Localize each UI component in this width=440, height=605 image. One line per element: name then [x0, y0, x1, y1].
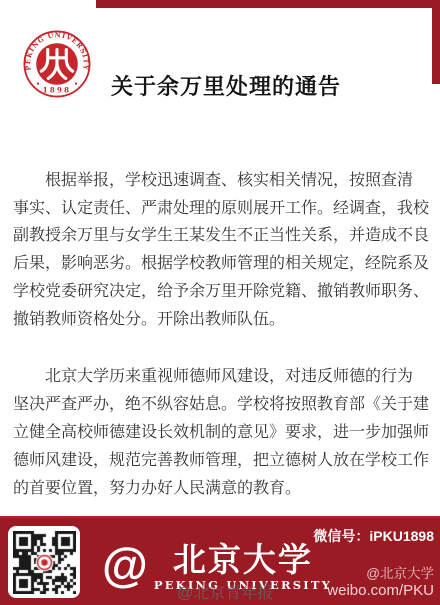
- notice-paragraph-2: 北京大学历来重视师德师风建设，对违反师德的行为 坚决严查严办，绝不纵容姑息。学校…: [13, 363, 435, 502]
- brand-name-cn: 北京大学: [173, 543, 313, 577]
- weibo-info: @北京大学 weibo.com/PKU: [327, 565, 434, 599]
- top-red-bar: [96, 0, 440, 8]
- press-watermark: @北京青年报: [177, 580, 273, 603]
- wechat-account: 微信号：iPKU1898: [313, 526, 434, 546]
- weibo-url: weibo.com/PKU: [327, 582, 434, 599]
- qr-code-icon: [13, 531, 76, 594]
- weibo-handle: @北京大学: [327, 565, 434, 582]
- notice-title: 关于余万里处理的通告: [0, 70, 440, 101]
- notice-body: 根据举报，学校迅速调查、核实相关情况，按照查清 事实、认定责任、严肃处理的原则展…: [13, 139, 435, 532]
- qr-code-box: [8, 526, 80, 598]
- notice-poster: PEKING UNIVERSITY 1898 关于余万里处理的通告 根据举报，学…: [0, 0, 440, 605]
- notice-paragraph-1: 根据举报，学校迅速调查、核实相关情况，按照查清 事实、认定责任、严肃处理的原则展…: [13, 167, 435, 334]
- at-symbol: @: [102, 543, 148, 587]
